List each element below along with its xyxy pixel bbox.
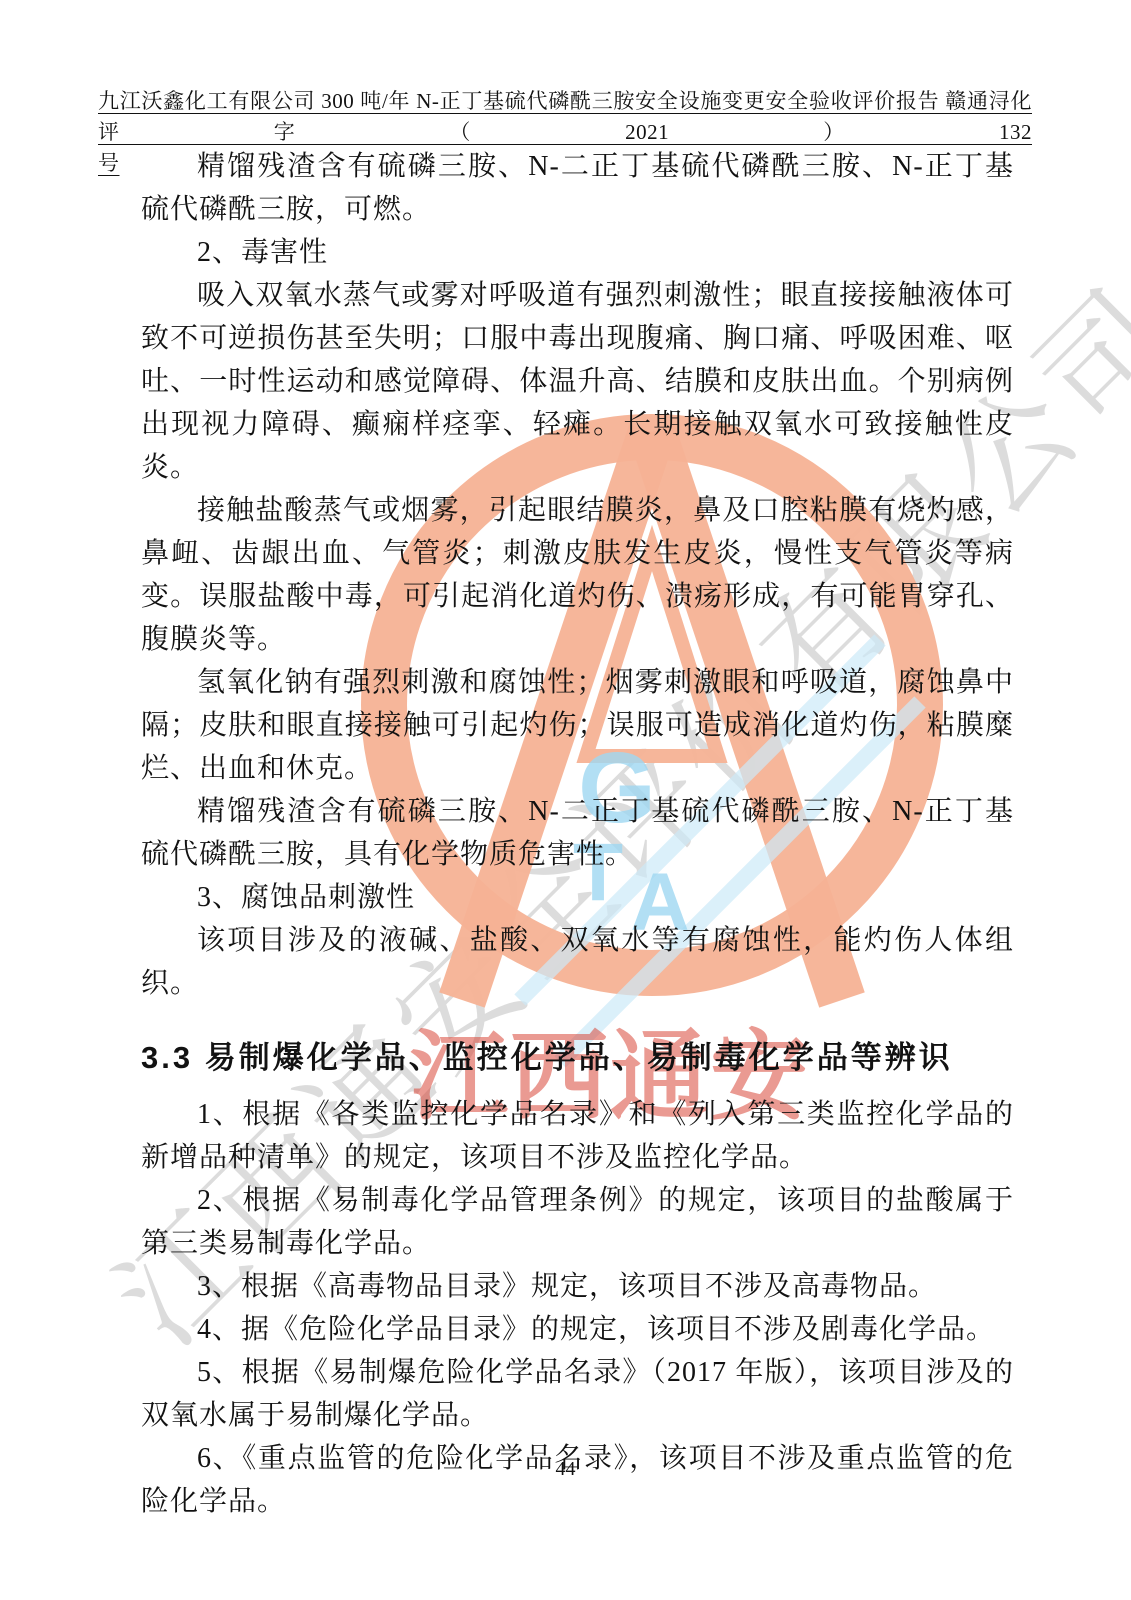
body-paragraph: 氢氧化钠有强烈刺激和腐蚀性；烟雾刺激眼和呼吸道，腐蚀鼻中隔；皮肤和眼直接接触可引… <box>141 661 1014 790</box>
body-paragraph: 精馏残渣含有硫磷三胺、N-二正丁基硫代磷酰三胺、N-正丁基硫代磷酰三胺，可燃。 <box>141 145 1014 231</box>
numbered-paragraph: 5、根据《易制爆危险化学品名录》（2017 年版），该项目涉及的双氧水属于易制爆… <box>141 1351 1014 1437</box>
body-paragraph: 精馏残渣含有硫磷三胺、N-二正丁基硫代磷酰三胺、N-正丁基硫代磷酰三胺，具有化学… <box>141 790 1014 876</box>
body-paragraph: 2、毒害性 <box>141 231 1014 274</box>
header-line-1: 九江沃鑫化工有限公司 300 吨/年 N-正丁基硫代磷酰三胺安全设施变更安全验收… <box>98 86 1032 148</box>
document-page: 江西通安全评价有限公司 G T A 江西通安 九江沃鑫化工有限公司 300 吨/… <box>0 0 1131 1600</box>
numbered-paragraph: 4、据《危险化学品目录》的规定，该项目不涉及剧毒化学品。 <box>141 1308 1014 1351</box>
page-footer: 44 <box>0 1458 1131 1481</box>
document-body: 精馏残渣含有硫磷三胺、N-二正丁基硫代磷酰三胺、N-正丁基硫代磷酰三胺，可燃。 … <box>141 145 1014 1523</box>
body-paragraph: 接触盐酸蒸气或烟雾，引起眼结膜炎，鼻及口腔粘膜有烧灼感，鼻衄、齿龈出血、气管炎；… <box>141 489 1014 661</box>
numbered-paragraph: 1、根据《各类监控化学品名录》和《列入第三类监控化学品的新增品种清单》的规定，该… <box>141 1093 1014 1179</box>
body-paragraph: 该项目涉及的液碱、盐酸、双氧水等有腐蚀性，能灼伤人体组织。 <box>141 919 1014 1005</box>
page-number: 44 <box>556 1458 576 1480</box>
section-heading-3-3: 3.3 易制爆化学品、监控化学品、易制毒化学品等辨识 <box>141 1035 1014 1081</box>
intro-paragraph-list: 精馏残渣含有硫磷三胺、N-二正丁基硫代磷酰三胺、N-正丁基硫代磷酰三胺，可燃。 … <box>141 145 1014 1005</box>
numbered-paragraph: 3、根据《高毒物品目录》规定，该项目不涉及高毒物品。 <box>141 1265 1014 1308</box>
numbered-paragraph: 2、根据《易制毒化学品管理条例》的规定，该项目的盐酸属于第三类易制毒化学品。 <box>141 1179 1014 1265</box>
body-paragraph: 吸入双氧水蒸气或雾对呼吸道有强烈刺激性；眼直接接触液体可致不可逆损伤甚至失明；口… <box>141 274 1014 489</box>
body-paragraph: 3、腐蚀品刺激性 <box>141 876 1014 919</box>
